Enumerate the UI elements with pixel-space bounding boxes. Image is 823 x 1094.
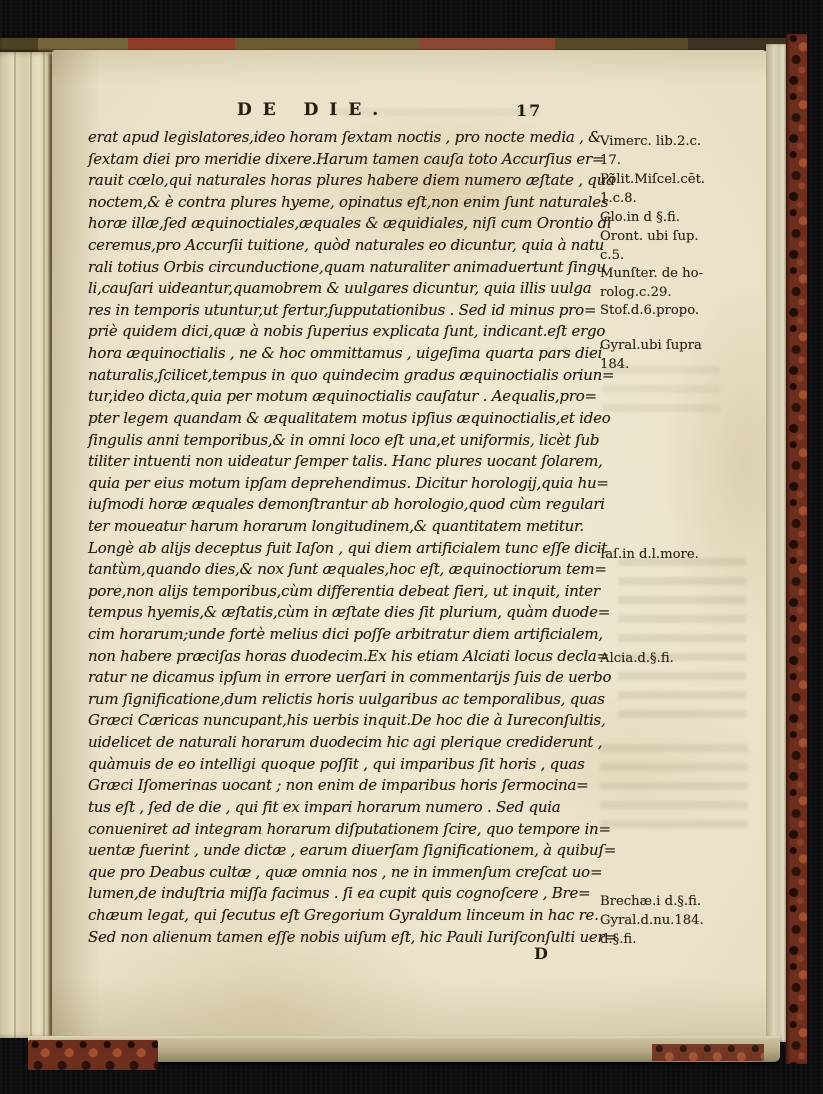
margin-note-line: Iaſ.in d.l.more. — [600, 546, 765, 565]
page-crease — [43, 52, 45, 1038]
body-line: cim horarum;unde fortè melius dici poſſe… — [88, 624, 610, 646]
margin-note-line: Munſter. de ho- — [600, 265, 765, 284]
page-crease — [30, 52, 32, 1038]
book-scan-photo: DE DIE. 17 erat apud legislatores,ideo h… — [0, 0, 823, 1094]
body-line: tur,ideo dicta,quia per motum æquinoctia… — [88, 386, 610, 408]
margin-notes-column: Vimerc. lib.2.c.17.Polit.Miſcel.cēt.1.c.… — [600, 0, 765, 1094]
margin-note: Vimerc. lib.2.c.17. — [600, 133, 765, 171]
marbled-board-bottom-left — [28, 1040, 158, 1070]
body-line: non habere præciſas horas duodecim.Ex hi… — [88, 646, 610, 668]
body-line: lumen,de induſtria miſſa facimus . ſi ea… — [88, 883, 610, 905]
body-line: Græci Iſomerinas uocant ; non enim de im… — [88, 775, 610, 797]
margin-note: Munſter. de ho-rolog.c.29. — [600, 265, 765, 303]
body-line: hora æquinoctialis , ne & hoc ommittamus… — [88, 343, 610, 365]
marbled-board-right — [786, 34, 807, 1064]
signature-mark: D — [534, 944, 549, 963]
body-line: tus eſt , ſed de die , qui fit ex impari… — [88, 797, 610, 819]
margin-note: Polit.Miſcel.cēt.1.c.8. — [600, 171, 765, 209]
margin-note-line: Vimerc. lib.2.c. — [600, 133, 765, 152]
margin-note: Brechæ.i d.§.fi.Gyral.d.nu.184.d.§.fi. — [600, 893, 765, 949]
margin-note-line: Stof.d.6.propo. — [600, 302, 765, 321]
body-line: tantùm,quando dies,& nox ſunt æquales,ho… — [88, 559, 610, 581]
margin-note-line: rolog.c.29. — [600, 284, 765, 303]
body-line: ratur ne dicamus ipſum in errore uerſari… — [88, 667, 610, 689]
body-line: noctem,& è contra plures hyeme, opinatus… — [88, 192, 610, 214]
margin-note-line: Gyral.d.nu.184. — [600, 912, 765, 931]
body-line: quia per eius motum ipſam deprehendimus.… — [88, 473, 610, 495]
body-line: ſingulis anni temporibus,& in omni loco … — [88, 430, 610, 452]
left-page-stack — [0, 52, 56, 1038]
margin-note-line: 1.c.8. — [600, 190, 765, 209]
body-line: res in temporis utuntur,ut fertur,ſupput… — [88, 300, 610, 322]
page-number: 17 — [516, 101, 542, 120]
body-line: rauit cœlo,qui naturales horas plures ha… — [88, 170, 610, 192]
body-line: que pro Deabus cultæ , quæ omnia nos , n… — [88, 862, 610, 884]
header-title: DE DIE. — [237, 100, 389, 120]
margin-note: Alcia.d.§.fi. — [600, 650, 765, 669]
margin-note-line: Polit.Miſcel.cēt. — [600, 171, 765, 190]
margin-note-line: d.§.fi. — [600, 931, 765, 950]
margin-note-line: c.5. — [600, 247, 765, 266]
body-line: uidelicet de naturali horarum duodecim h… — [88, 732, 610, 754]
body-line: Græci Cæricas nuncupant,his uerbis inqui… — [88, 710, 610, 732]
body-line: pter legem quandam & æqualitatem motus i… — [88, 408, 610, 430]
body-line: erat apud legislatores,ideo horam ſextam… — [88, 127, 610, 149]
margin-note-line: Alcia.d.§.fi. — [600, 650, 765, 669]
body-text: erat apud legislatores,ideo horam ſextam… — [88, 127, 610, 948]
body-line: rali totius Orbis circunductione,quam na… — [88, 257, 610, 279]
body-line: tiliter intuenti non uideatur ſemper tal… — [88, 451, 610, 473]
margin-note: Stof.d.6.propo. — [600, 302, 765, 321]
body-line: conueniret ad integram horarum diſputati… — [88, 819, 610, 841]
margin-note: Gyral.ubi ſupra184. — [600, 337, 765, 375]
margin-note-line: Oront. ubi ſup. — [600, 228, 765, 247]
body-line: naturalis,ſcilicet,tempus in quo quindec… — [88, 365, 610, 387]
body-line: uentæ fuerint , unde dictæ , earum diuer… — [88, 840, 610, 862]
margin-note-line: Brechæ.i d.§.fi. — [600, 893, 765, 912]
page-fore-edge — [766, 44, 788, 1042]
margin-note-line: 17. — [600, 152, 765, 171]
body-line: Sed non alienum tamen eſſe nobis uiſum e… — [88, 927, 610, 949]
body-line: quàmuis de eo intelligi quoque poſſit , … — [88, 754, 610, 776]
margin-note-line: 184. — [600, 356, 765, 375]
body-line: li,cauſari uideantur,quamobrem & uulgare… — [88, 278, 610, 300]
body-line: ſextam diei pro meridie dixere.Harum tam… — [88, 149, 610, 171]
body-line: ter moueatur harum horarum longitudinem,… — [88, 516, 610, 538]
margin-note: Glo.in d §.fi. — [600, 209, 765, 228]
margin-note-line: Glo.in d §.fi. — [600, 209, 765, 228]
body-line: priè quidem dici,quæ à nobis ſuperius ex… — [88, 321, 610, 343]
body-line: pore,non alijs temporibus,cùm differenti… — [88, 581, 610, 603]
body-line: Longè ab alijs deceptus fuit Iaſon , qui… — [88, 538, 610, 560]
body-line: iuſmodi horæ æquales demonſtrantur ab ho… — [88, 494, 610, 516]
margin-note: Oront. ubi ſup.c.5. — [600, 228, 765, 266]
body-line: ceremus,pro Accurſii tuitione, quòd natu… — [88, 235, 610, 257]
body-line: rum ſignificatione,dum relictis horis uu… — [88, 689, 610, 711]
body-line: horæ illæ,ſed æquinoctiales,æquales & æq… — [88, 213, 610, 235]
marbled-board-bottom-right — [652, 1044, 764, 1061]
margin-note-line: Gyral.ubi ſupra — [600, 337, 765, 356]
body-line: tempus hyemis,& æſtatis,cùm in æſtate di… — [88, 602, 610, 624]
page-crease — [14, 52, 16, 1038]
body-line: chæum legat, qui ſecutus eſt Gregorium G… — [88, 905, 610, 927]
margin-note: Iaſ.in d.l.more. — [600, 546, 765, 565]
